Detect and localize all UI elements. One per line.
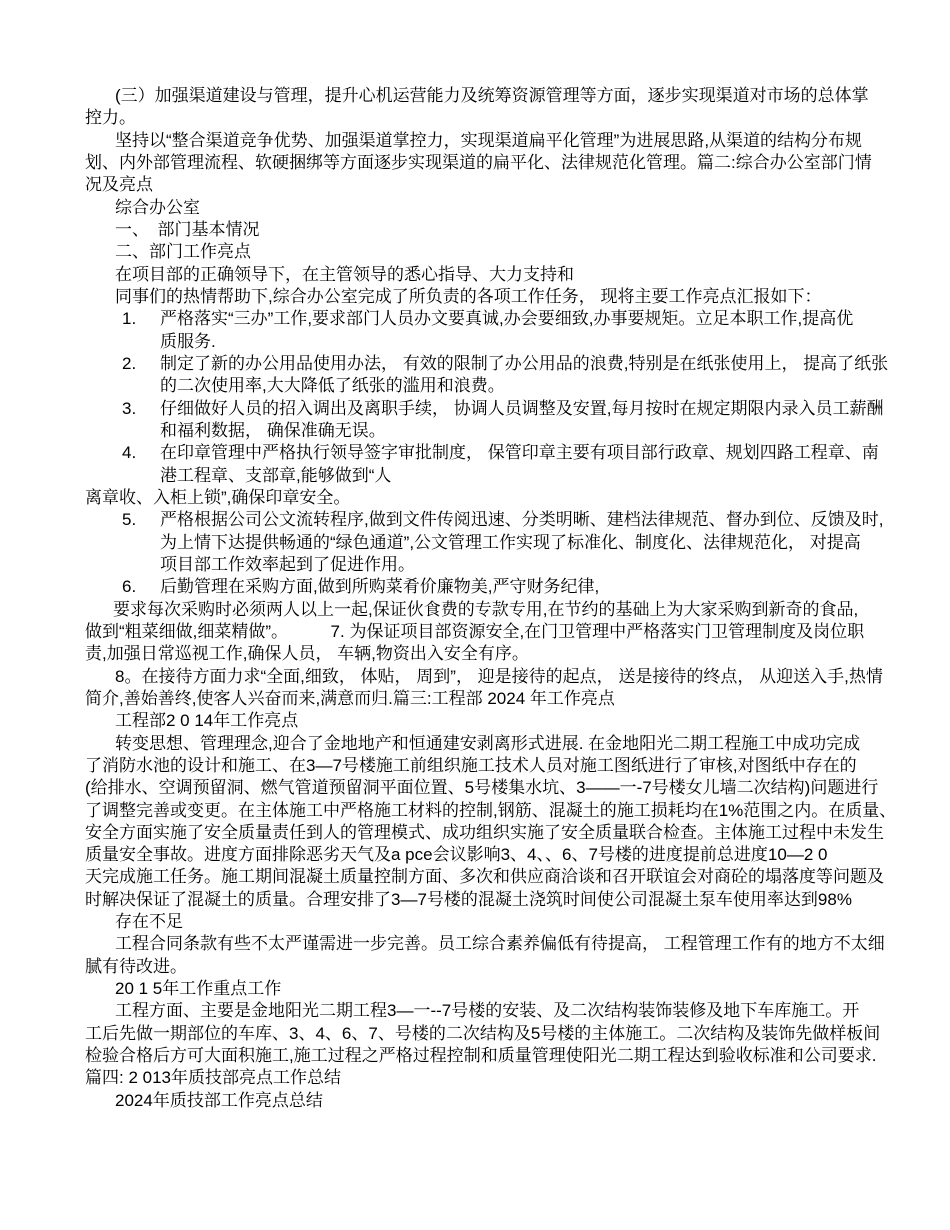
list-item-text: 严格根据公司公文流转程序,做到文件传阅迅速、分类明晰、建档法律规范、督办到位、反… <box>160 510 883 529</box>
list-item-text: 制定了新的办公用品使用办法， 有效的限制了办公用品的浪费,特别是在纸张使用上， … <box>160 354 888 373</box>
text-line: 和福利数据， 确保准确无误。 <box>85 420 885 442</box>
text-line: 质量安全事故。进度方面排除恶劣天气及a pce会议影响3、4、、6、7号楼的进度… <box>85 844 885 866</box>
list-item-text: 在印章管理中严格执行领导签字审批制度， 保管印章主要有项目部行政章、规划四路工程… <box>160 443 879 462</box>
text-line: 同事们的热情帮助下,综合办公室完成了所负责的各项工作任务， 现将主要工作亮点汇报… <box>85 286 885 308</box>
text-line: 港工程章、支部章,能够做到“人 <box>85 465 885 487</box>
text-line: 天完成施工任务。施工期间混凝土质量控制方面、多次和供应商洽谈和召开联谊会对商砼的… <box>85 866 885 888</box>
list-item-text: 严格落实“三办”工作,要求部门人员办文要真诚,办会要细致,办事要规矩。立足本职工… <box>160 309 853 328</box>
text-line: 要求每次采购时必须两人以上一起,保证伙食费的专款专用,在节约的基础上为大家采购到… <box>85 599 885 621</box>
text-line: 工后先做一期部位的车库、3、4、6、7、号楼的二次结构及5号楼的主体施工。二次结… <box>85 1023 885 1045</box>
list-number: 3. <box>122 398 160 420</box>
text-line: 质服务. <box>85 331 885 353</box>
text-line: 4.在印章管理中严格执行领导签字审批制度， 保管印章主要有项目部行政章、规划四路… <box>85 442 885 464</box>
text-line: 在项目部的正确领导下，在主管领导的悉心指导、大力支持和 <box>85 264 885 286</box>
list-item-text: 后勤管理在采购方面,做到所购菜肴价廉物美,严守财务纪律, <box>160 577 599 596</box>
text-line: 6.后勤管理在采购方面,做到所购菜肴价廉物美,严守财务纪律, <box>85 576 885 598</box>
text-line: 转变思想、管理理念,迎合了金地地产和恒通建安剥离形式进展. 在金地阳光二期工程施… <box>85 733 885 755</box>
text-line: 况及亮点 <box>85 174 885 196</box>
text-line: 了消防水池的设计和施工、在3—7号楼施工前组织施工技术人员对施工图纸进行了审核,… <box>85 755 885 777</box>
text-line: 为上情下达提供畅通的“绿色通道”,公文管理工作实现了标准化、制度化、法律规范化，… <box>85 532 885 554</box>
text-line: 存在不足 <box>85 911 885 933</box>
text-line: 坚持以“整合渠道竞争优势、加强渠道掌控力，实现渠道扁平化管理”为进展思路,从渠道… <box>85 130 885 152</box>
text-line: 8。在接待方面力求“全面,细致， 体贴， 周到”， 迎是接待的起点， 送是接待的… <box>85 666 885 688</box>
text-line: 安全方面实施了安全质量责任到人的管理模式、成功组织实施了安全质量联合检查。主体施… <box>85 822 885 844</box>
text-line: (三）加强渠道建设与管理，提升心机运营能力及统筹资源管理等方面，逐步实现渠道对市… <box>85 85 885 107</box>
text-line: 了调整完善或变更。在主体施工中严格施工材料的控制,钢筋、混凝土的施工损耗均在1%… <box>85 800 885 822</box>
list-number: 2. <box>122 353 160 375</box>
list-number: 5. <box>122 509 160 531</box>
text-line: 时解决保证了混凝土的质量。合理安排了3—7号楼的混凝土浇筑时间使公司混凝土泵车使… <box>85 889 885 911</box>
text-line: 项目部工作效率起到了促进作用。 <box>85 554 885 576</box>
text-line: 工程合同条款有些不太严谨需进一步完善。员工综合素养偏低有待提高， 工程管理工作有… <box>85 933 885 955</box>
text-line: 责,加强日常巡视工作,确保人员， 车辆,物资出入安全有序。 <box>85 643 885 665</box>
text-line: 篇四: 2 013年质技部亮点工作总结 <box>85 1067 885 1089</box>
text-line: 综合办公室 <box>85 197 885 219</box>
text-line: 简介,善始善终,使客人兴奋而来,满意而归.篇三:工程部 2024 年工作亮点 <box>85 688 885 710</box>
text-line: 二、部门工作亮点 <box>85 241 885 263</box>
text-line: 3.仔细做好人员的招入调出及离职手续， 协调人员调整及安置,每月按时在规定期限内… <box>85 398 885 420</box>
text-line: 离章收、入柜上锁”,确保印章安全。 <box>85 487 885 509</box>
text-line: 20 1 5年工作重点工作 <box>85 978 885 1000</box>
list-number: 4. <box>122 442 160 464</box>
text-line: 5.严格根据公司公文流转程序,做到文件传阅迅速、分类明晰、建档法律规范、督办到位… <box>85 509 885 531</box>
text-line: 的二次使用率,大大降低了纸张的滥用和浪费。 <box>85 375 885 397</box>
text-line: 检验合格后方可大面积施工,施工过程之严格过程控制和质量管理使阳光二期工程达到验收… <box>85 1045 885 1067</box>
list-number: 6. <box>122 576 160 598</box>
text-line: 工程部2 0 14年工作亮点 <box>85 710 885 732</box>
list-item-text: 仔细做好人员的招入调出及离职手续， 协调人员调整及安置,每月按时在规定期限内录入… <box>160 399 883 418</box>
text-line: 划、内外部管理流程、软硬捆绑等方面逐步实现渠道的扁平化、法律规范化管理。篇二:综… <box>85 152 885 174</box>
text-line: 做到“粗菜细做,细菜精做”。 7. 为保证项目部资源安全,在门卫管理中严格落实门… <box>85 621 885 643</box>
text-line: 1.严格落实“三办”工作,要求部门人员办文要真诚,办会要细致,办事要规矩。立足本… <box>85 308 885 330</box>
list-number: 1. <box>122 308 160 330</box>
text-line: 工程方面、主要是金地阳光二期工程3—一--7号楼的安装、及二次结构装饰装修及地下… <box>85 1000 885 1022</box>
text-line: 控力。 <box>85 107 885 129</box>
text-line: 2024年质技部工作亮点总结 <box>85 1090 885 1112</box>
text-line: 腻有待改进。 <box>85 956 885 978</box>
text-line: 2.制定了新的办公用品使用办法， 有效的限制了办公用品的浪费,特别是在纸张使用上… <box>85 353 885 375</box>
text-line: (给排水、空调预留洞、燃气管道预留洞平面位置、5号楼集水坑、3——一-7号楼女儿… <box>85 777 885 799</box>
document-text-body: (三）加强渠道建设与管理，提升心机运营能力及统筹资源管理等方面，逐步实现渠道对市… <box>85 85 885 1112</box>
text-line: 一、 部门基本情况 <box>85 219 885 241</box>
